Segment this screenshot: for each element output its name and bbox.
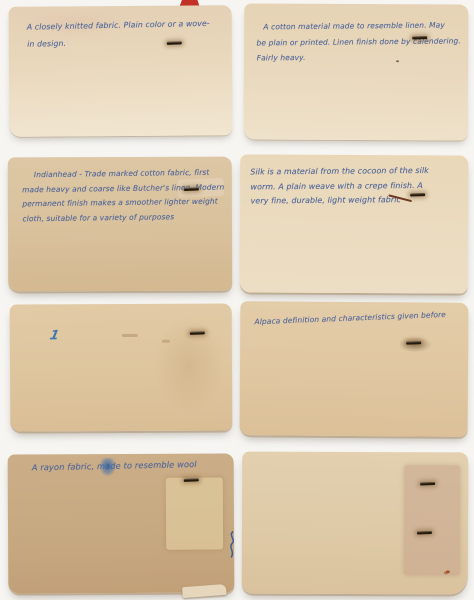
staple: [406, 341, 421, 344]
dark-smudge: [398, 336, 432, 352]
index-card-4: Silk is a material from the cocoon of th…: [240, 154, 469, 293]
handwritten-line: Alpaca definition and characteristics gi…: [254, 309, 466, 326]
index-card-2: A cotton material made to resemble linen…: [244, 3, 469, 140]
staple: [190, 331, 205, 335]
handwritten-line: A rayon fabric, made to resemble wool: [32, 458, 228, 472]
handwriting-block: Alpaca definition and characteristics gi…: [254, 309, 466, 326]
index-card-1: A closely knitted fabric. Plain color or…: [9, 5, 233, 137]
staple: [167, 41, 182, 45]
index-card-8: [242, 452, 468, 595]
handwriting-block: A closely knitted fabric. Plain color or…: [27, 14, 228, 52]
index-card-3: Indianhead - Trade marked cotton fabric,…: [8, 157, 232, 292]
handwritten-line: Fairly heavy.: [257, 48, 465, 66]
blue-tally-mark: 1: [48, 328, 60, 343]
photo-of-index-cards: A closely knitted fabric. Plain color or…: [0, 0, 474, 600]
blue-thread-squiggle: [227, 530, 237, 558]
staple: [417, 531, 432, 534]
staple: [184, 187, 199, 191]
handwriting-block: A rayon fabric, made to resemble wool: [32, 458, 228, 472]
handwritten-line: A cotton material made to resemble linen…: [256, 17, 464, 35]
handwriting-block: A cotton material made to resemble linen…: [256, 17, 464, 66]
handwritten-line: in design.: [27, 31, 227, 52]
index-card-5: 1: [10, 303, 233, 431]
handwritten-line: permanent finish makes a smoother lighte…: [22, 194, 228, 211]
brown-speck: [396, 60, 399, 62]
faint-smudge: [122, 334, 138, 337]
torn-corner-flap: [182, 584, 227, 598]
blue-ink-blot: [100, 458, 116, 476]
handwritten-line: very fine, durable, light weight fabric: [251, 193, 465, 209]
handwriting-block: Indianhead - Trade marked cotton fabric,…: [22, 165, 229, 226]
blue-thread: [227, 530, 237, 562]
handwritten-line: cloth, suitable for a variety of purpose…: [22, 209, 228, 226]
faint-smudge: [162, 340, 170, 343]
staple: [412, 36, 427, 39]
staple: [420, 482, 435, 485]
staple: [410, 193, 425, 196]
index-card-6: Alpaca definition and characteristics gi…: [240, 301, 469, 437]
index-card-7: A rayon fabric, made to resemble wool: [8, 453, 235, 593]
tape-stain: [166, 477, 223, 549]
handwritten-line: be plain or printed. Linen finish done b…: [256, 33, 464, 51]
rust-stain: [446, 570, 450, 573]
staple: [184, 478, 199, 482]
handwriting-block: Silk is a material from the cocoon of th…: [250, 164, 464, 209]
